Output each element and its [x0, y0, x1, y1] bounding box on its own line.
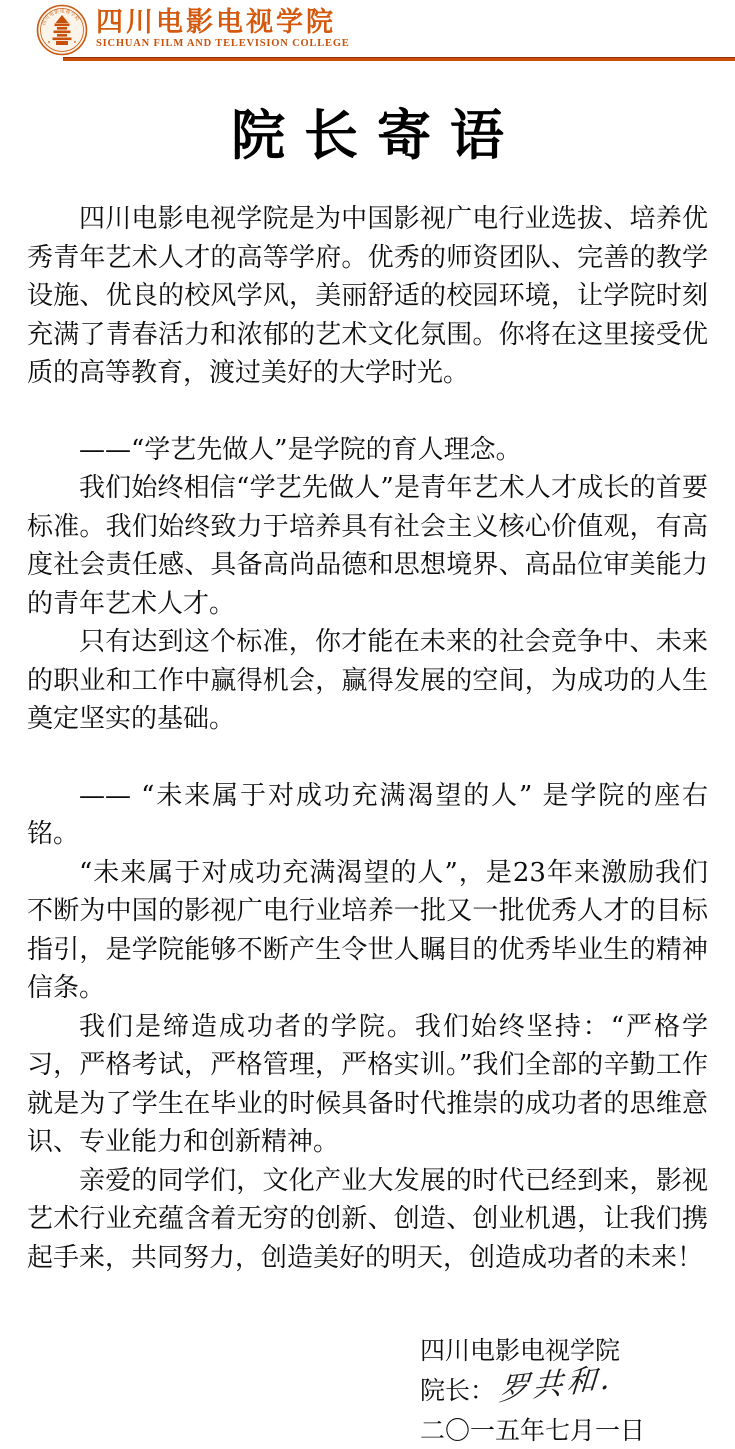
message-paragraph: 四川电影电视学院是为中国影视广电行业选拔、培养优秀青年艺术人才的高等学府。优秀的… — [27, 200, 708, 393]
signature-role-line: 院长： 罗共和. — [420, 1369, 735, 1413]
page-title: 院长寄语 — [0, 93, 735, 170]
header-divider-rule — [63, 57, 735, 61]
signature-date: 二〇一五年七月一日 — [420, 1413, 735, 1449]
message-body: 四川电影电视学院是为中国影视广电行业选拔、培养优秀青年艺术人才的高等学府。优秀的… — [0, 200, 735, 1277]
college-seal-icon: 四川电影电视学院 — [36, 4, 88, 56]
college-wordmark: 四川电影电视学院 SICHUAN FILM AND TELEVISION COL… — [96, 9, 350, 51]
message-paragraph: 我们是缔造成功者的学院。我们始终坚持：“严格学习，严格考试，严格管理，严格实训。… — [27, 1008, 708, 1162]
message-paragraph: ——“学艺先做人”是学院的育人理念。 — [27, 431, 708, 470]
college-brand: 四川电影电视学院 四川电 — [36, 3, 735, 57]
college-name-english: SICHUAN FILM AND TELEVISION COLLEGE — [96, 37, 350, 51]
president-role-label: 院长： — [420, 1373, 495, 1409]
message-paragraph: “未来属于对成功充满渴望的人”，是23年来激励我们不断为中国的影视广电行业培养一… — [27, 854, 708, 1008]
presidents-message-page: 四川电影电视学院 四川电 — [0, 0, 735, 1449]
message-paragraph: —— “未来属于对成功充满渴望的人” 是学院的座右铭。 — [27, 777, 708, 854]
college-header: 四川电影电视学院 四川电 — [0, 0, 735, 61]
message-paragraph: 亲爱的同学们，文化产业大发展的时代已经到来，影视艺术行业充蕴含着无穷的创新、创造… — [27, 1162, 708, 1278]
message-paragraph: 我们始终相信“学艺先做人”是青年艺术人才成长的首要标准。我们始终致力于培养具有社… — [27, 469, 708, 623]
signature-block: 四川电影电视学院 院长： 罗共和. 二〇一五年七月一日 — [420, 1333, 735, 1449]
college-name-chinese: 四川电影电视学院 — [96, 9, 350, 37]
message-paragraph: 只有达到这个标准，你才能在未来的社会竞争中、未来的职业和工作中赢得机会，赢得发展… — [27, 623, 708, 739]
